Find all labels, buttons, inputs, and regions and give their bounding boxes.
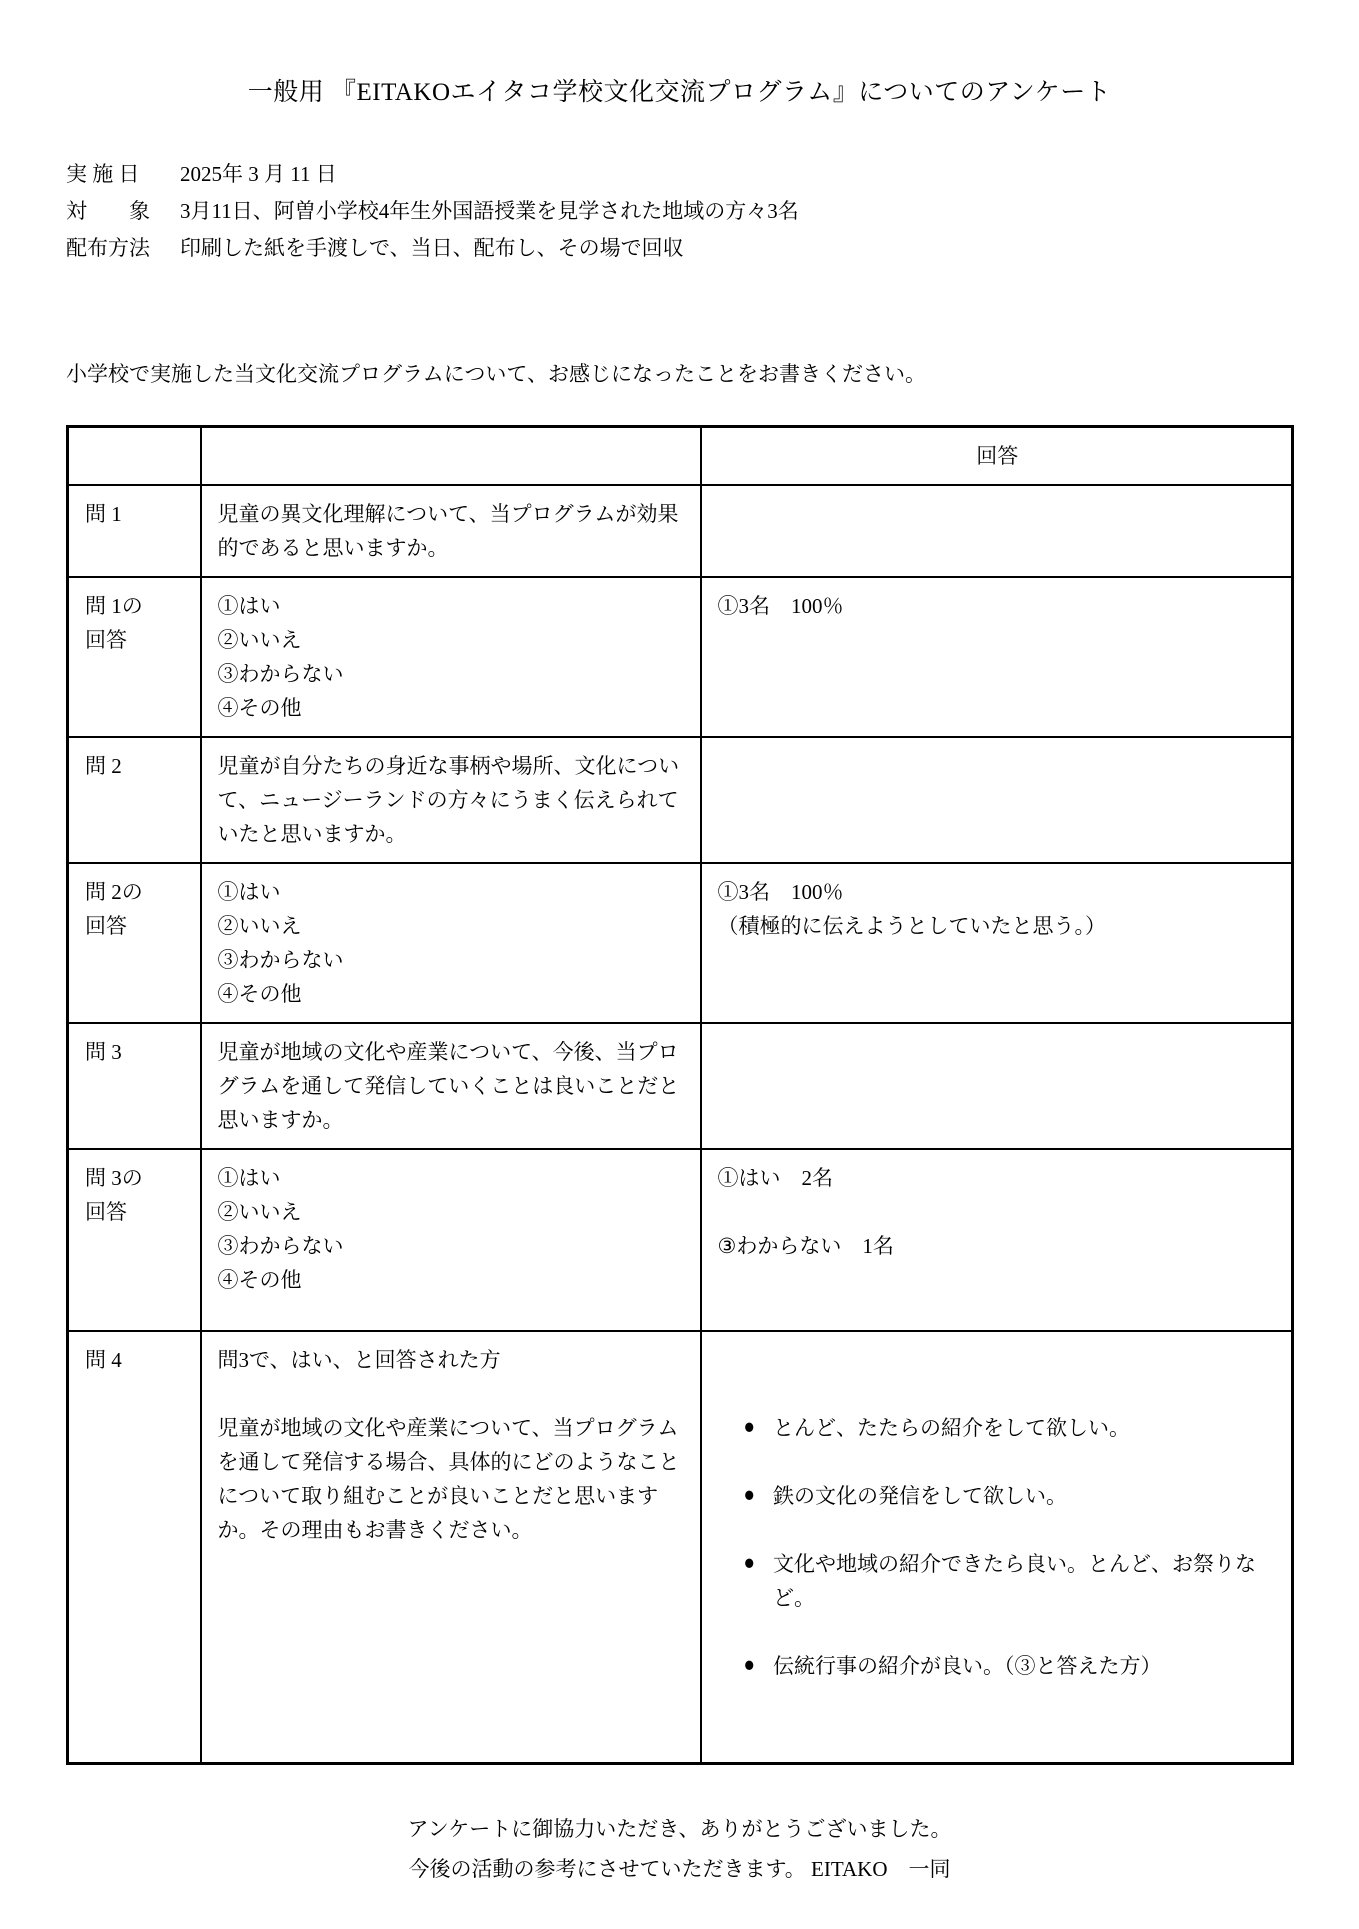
bullet-icon: ● (744, 1646, 755, 1685)
question-text: 児童が自分たちの身近な事柄や場所、文化について、ニュージーランドの方々にうまく伝… (201, 737, 701, 863)
question-text: 児童が地域の文化や産業について、今後、当プログラムを通して発信していくことは良い… (201, 1023, 701, 1149)
meta-section: 実 施 日 2025年 3 月 11 日 対 象 3月11日、阿曽小学校4年生外… (66, 156, 1293, 267)
meta-row-implementation-date: 実 施 日 2025年 3 月 11 日 (66, 156, 1293, 193)
page-title: 一般用 『EITAKOエイタコ学校文化交流プログラム』についてのアンケート (66, 72, 1293, 108)
footer-thanks-line: アンケートに御協力いただき、ありがとうございました。 (66, 1809, 1293, 1849)
meta-label: 実 施 日 (66, 156, 180, 193)
question-number: 問 1 (68, 485, 201, 577)
meta-label: 対 象 (66, 193, 180, 230)
bullet-item-text: とんど、たたらの紹介をして欲しい。 (773, 1411, 1277, 1445)
answer-cell (701, 485, 1293, 577)
table-row-q2-answer: 問 2の 回答 ①はい ②いいえ ③わからない ④その他 ①3名 100％ （積… (68, 863, 1293, 1023)
answer-cell (701, 1023, 1293, 1149)
question-number: 問 2の 回答 (68, 863, 201, 1023)
question-number: 問 2 (68, 737, 201, 863)
question-number: 問 1の 回答 (68, 577, 201, 737)
bullet-list: ● とんど、たたらの紹介をして欲しい。 ● 鉄の文化の発信をして欲しい。 ● 文… (718, 1377, 1278, 1717)
answer-cell: ①3名 100％ （積極的に伝えようとしていたと思う。） (701, 863, 1293, 1023)
answer-cell-bullets: ● とんど、たたらの紹介をして欲しい。 ● 鉄の文化の発信をして欲しい。 ● 文… (701, 1331, 1293, 1764)
question-number: 問 4 (68, 1331, 201, 1764)
answer-cell: ①はい 2名 ③わからない 1名 (701, 1149, 1293, 1331)
meta-value: 3月11日、阿曽小学校4年生外国語授業を見学された地域の方々3名 (180, 193, 799, 230)
choice-list: ①はい ②いいえ ③わからない ④その他 (201, 577, 701, 737)
answer-cell: ①3名 100％ (701, 577, 1293, 737)
meta-row-distribution-method: 配布方法 印刷した紙を手渡しで、当日、配布し、その場で回収 (66, 230, 1293, 267)
table-row-q1-answer: 問 1の 回答 ①はい ②いいえ ③わからない ④その他 ①3名 100％ (68, 577, 1293, 737)
meta-value: 2025年 3 月 11 日 (180, 156, 337, 193)
bullet-item-text: 伝統行事の紹介が良い。（③と答えた方） (773, 1649, 1277, 1683)
bullet-item: ● とんど、たたらの紹介をして欲しい。 (744, 1411, 1278, 1445)
footer-section: アンケートに御協力いただき、ありがとうございました。 今後の活動の参考にさせてい… (66, 1809, 1293, 1889)
answer-cell (701, 737, 1293, 863)
meta-label: 配布方法 (66, 230, 180, 267)
table-row-q3: 問 3 児童が地域の文化や産業について、今後、当プログラムを通して発信していくこ… (68, 1023, 1293, 1149)
survey-table: 回答 問 1 児童の異文化理解について、当プログラムが効果的であると思いますか。… (66, 425, 1294, 1765)
header-cell-empty-2 (201, 427, 701, 486)
choice-list: ①はい ②いいえ ③わからない ④その他 (201, 863, 701, 1023)
table-header-row: 回答 (68, 427, 1293, 486)
table-row-q1: 問 1 児童の異文化理解について、当プログラムが効果的であると思いますか。 (68, 485, 1293, 577)
header-cell-answer: 回答 (701, 427, 1293, 486)
bullet-item: ● 鉄の文化の発信をして欲しい。 (744, 1479, 1278, 1513)
choice-list: ①はい ②いいえ ③わからない ④その他 (201, 1149, 701, 1331)
bullet-icon: ● (744, 1544, 755, 1583)
bullet-icon: ● (744, 1476, 755, 1515)
footer-signature-line: 今後の活動の参考にさせていただきます。 EITAKO 一同 (66, 1849, 1293, 1889)
bullet-icon: ● (744, 1408, 755, 1447)
table-row-q4: 問 4 問3で、はい、と回答された方 児童が地域の文化や産業について、当プログラ… (68, 1331, 1293, 1764)
bullet-item: ● 文化や地域の紹介できたら良い。とんど、お祭りなど。 (744, 1547, 1278, 1615)
question-number: 問 3 (68, 1023, 201, 1149)
bullet-item: ● 伝統行事の紹介が良い。（③と答えた方） (744, 1649, 1278, 1683)
bullet-item-text: 鉄の文化の発信をして欲しい。 (773, 1479, 1277, 1513)
intro-text: 小学校で実施した当文化交流プログラムについて、お感じになったことをお書きください… (66, 359, 1293, 389)
meta-row-target: 対 象 3月11日、阿曽小学校4年生外国語授業を見学された地域の方々3名 (66, 193, 1293, 230)
meta-value: 印刷した紙を手渡しで、当日、配布し、その場で回収 (180, 230, 684, 267)
question-number: 問 3の 回答 (68, 1149, 201, 1331)
bullet-item-text: 文化や地域の紹介できたら良い。とんど、お祭りなど。 (773, 1547, 1277, 1615)
table-row-q2: 問 2 児童が自分たちの身近な事柄や場所、文化について、ニュージーランドの方々に… (68, 737, 1293, 863)
question-text: 問3で、はい、と回答された方 児童が地域の文化や産業について、当プログラムを通し… (201, 1331, 701, 1764)
header-cell-empty-1 (68, 427, 201, 486)
survey-document-page: 一般用 『EITAKOエイタコ学校文化交流プログラム』についてのアンケート 実 … (0, 0, 1359, 1929)
question-text: 児童の異文化理解について、当プログラムが効果的であると思いますか。 (201, 485, 701, 577)
table-row-q3-answer: 問 3の 回答 ①はい ②いいえ ③わからない ④その他 ①はい 2名 ③わから… (68, 1149, 1293, 1331)
